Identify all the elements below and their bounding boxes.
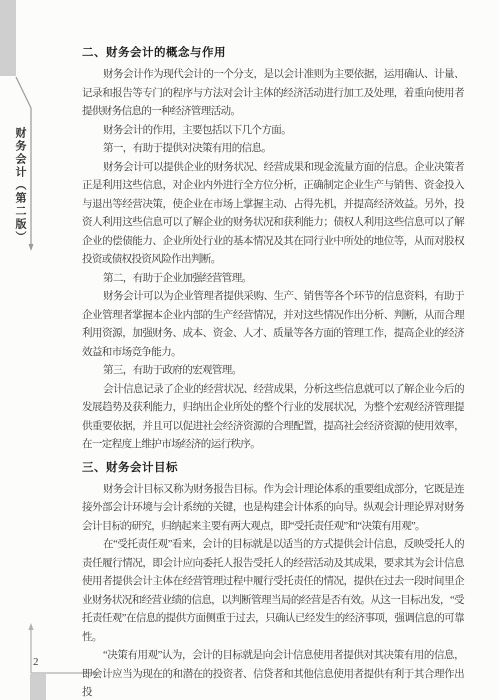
bottom-left-gray-block [30, 674, 46, 700]
body-paragraph: 在“受托责任观”看来，会计的目标就是以适当的方式提供会计信息，反映受托人的责任履… [82, 536, 464, 647]
body-paragraph: 第三，有助于政府的宏观管理。 [82, 362, 464, 381]
section-heading: 二、财务会计的概念与作用 [82, 44, 464, 60]
body-paragraph: 财务会计目标又称为财务报告目标。作为会计理论体系的重要组成部分，它既是连接外部会… [82, 481, 464, 537]
body-paragraph: 财务会计的作用，主要包括以下几个方面。 [82, 122, 464, 141]
section-heading: 三、财务会计目标 [82, 459, 464, 475]
body-paragraph: 财务会计可以提供企业的财务状况、经营成果和现金流量方面的信息。企业决策者正是利用… [82, 159, 464, 270]
title-rule-arrow-down-icon [29, 244, 34, 251]
content-blocks: 二、财务会计的概念与作用财务会计作为现代会计的一个分支，是以会计准则为主要依据，… [82, 44, 464, 700]
body-paragraph: 第二，有助于企业加强经营管理。 [82, 270, 464, 289]
page-number: 2 [33, 656, 39, 668]
book-side-title: 财务会计（第二版） [12, 127, 28, 244]
body-paragraph: 第一，有助于提供对决策有用的信息。 [82, 140, 464, 159]
book-page: 财务会计（第二版） 2 二、财务会计的概念与作用财务会计作为现代会计的一个分支，… [0, 0, 498, 700]
body-paragraph: 财务会计作为现代会计的一个分支，是以会计准则为主要依据，运用确认、计量、记录和报… [82, 66, 464, 122]
top-left-gray-block [0, 0, 16, 76]
body-paragraph: 会计信息记录了企业的经营状况、经营成果，分析这些信息就可以了解企业今后的发展趋势… [82, 381, 464, 455]
page-number-arrow-up-icon [29, 623, 34, 630]
body-paragraph: 财务会计可以为企业管理者提供采购、生产、销售等各个环节的信息资料，有助于企业管理… [82, 288, 464, 362]
body-paragraph: “决策有用观”认为，会计的目标就是向会计信息使用者提供对其决策有用的信息，即会计… [82, 647, 464, 700]
